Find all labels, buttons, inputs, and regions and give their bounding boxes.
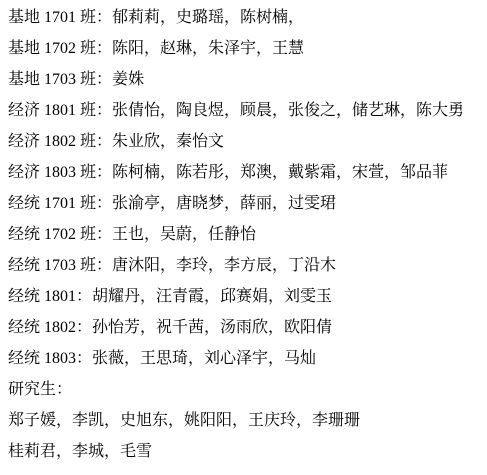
student-names: 姜姝 xyxy=(112,71,144,88)
class-label: 基地 1703 班： xyxy=(8,71,112,88)
class-label: 经统 1701 班： xyxy=(8,195,112,212)
roster-line: 基地 1702 班：陈阳，赵琳，朱泽宇，王慧 xyxy=(8,33,481,64)
document-page: 基地 1701 班：郁莉莉，史璐瑶，陈树楠， 基地 1702 班：陈阳，赵琳，朱… xyxy=(0,0,487,475)
student-names: 陈阳，赵琳，朱泽宇，王慧 xyxy=(112,40,304,57)
class-label: 基地 1702 班： xyxy=(8,40,112,57)
student-names: 胡耀丹，汪青霞，邱赛娟，刘雯玉 xyxy=(92,288,332,305)
roster-line: 基地 1703 班：姜姝 xyxy=(8,64,481,95)
student-names: 张薇，王思琦，刘心泽宇，马灿 xyxy=(92,350,316,367)
student-names: 王也，吴蔚，任静怡 xyxy=(112,226,256,243)
roster-line: 桂莉君，李城，毛雪 xyxy=(8,436,481,467)
roster-line: 经统 1801：胡耀丹，汪青霞，邱赛娟，刘雯玉 xyxy=(8,281,481,312)
class-label: 经统 1802： xyxy=(8,319,92,336)
roster-line: 基地 1701 班：郁莉莉，史璐瑶，陈树楠， xyxy=(8,2,481,33)
roster-line: 经济 1801 班：张倩怡，陶良煜，顾晨，张俊之，储艺琳，陈大勇 xyxy=(8,95,481,126)
roster-line: 研究生： xyxy=(8,374,481,405)
roster-line: 经济 1803 班：陈柯楠，陈若彤，郑澳，戴紫霜，宋萱，邹品菲 xyxy=(8,157,481,188)
roster-line: 经统 1703 班：唐沐阳，李玲，李方辰，丁沿木 xyxy=(8,250,481,281)
class-label: 经统 1703 班： xyxy=(8,257,112,274)
class-label: 经济 1802 班： xyxy=(8,133,112,150)
student-names: 张倩怡，陶良煜，顾晨，张俊之，储艺琳，陈大勇 xyxy=(112,102,464,119)
class-label: 基地 1701 班： xyxy=(8,9,112,26)
student-names: 唐沐阳，李玲，李方辰，丁沿木 xyxy=(112,257,336,274)
class-label: 研究生： xyxy=(8,381,72,398)
class-label: 经统 1803： xyxy=(8,350,92,367)
student-names: 朱业欣，秦怡文 xyxy=(112,133,224,150)
roster-line: 经统 1701 班：张渝亭，唐晓梦，薛丽，过雯珺 xyxy=(8,188,481,219)
student-names: 郑子媛，李凯，史旭东，姚阳阳，王庆玲，李珊珊 xyxy=(8,412,360,429)
student-names: 桂莉君，李城，毛雪 xyxy=(8,443,152,460)
class-label: 经济 1803 班： xyxy=(8,164,112,181)
student-names: 张渝亭，唐晓梦，薛丽，过雯珺 xyxy=(112,195,336,212)
student-names: 郁莉莉，史璐瑶，陈树楠， xyxy=(112,9,304,26)
class-label: 经统 1702 班： xyxy=(8,226,112,243)
class-label: 经统 1801： xyxy=(8,288,92,305)
student-names: 陈柯楠，陈若彤，郑澳，戴紫霜，宋萱，邹品菲 xyxy=(112,164,448,181)
roster-line: 经统 1802：孙怡芳，祝千茜，汤雨欣，欧阳倩 xyxy=(8,312,481,343)
roster-line: 郑子媛，李凯，史旭东，姚阳阳，王庆玲，李珊珊 xyxy=(8,405,481,436)
roster-line: 经济 1802 班：朱业欣，秦怡文 xyxy=(8,126,481,157)
roster-line: 经统 1803：张薇，王思琦，刘心泽宇，马灿 xyxy=(8,343,481,374)
student-names: 孙怡芳，祝千茜，汤雨欣，欧阳倩 xyxy=(92,319,332,336)
class-label: 经济 1801 班： xyxy=(8,102,112,119)
roster-line: 经统 1702 班：王也，吴蔚，任静怡 xyxy=(8,219,481,250)
